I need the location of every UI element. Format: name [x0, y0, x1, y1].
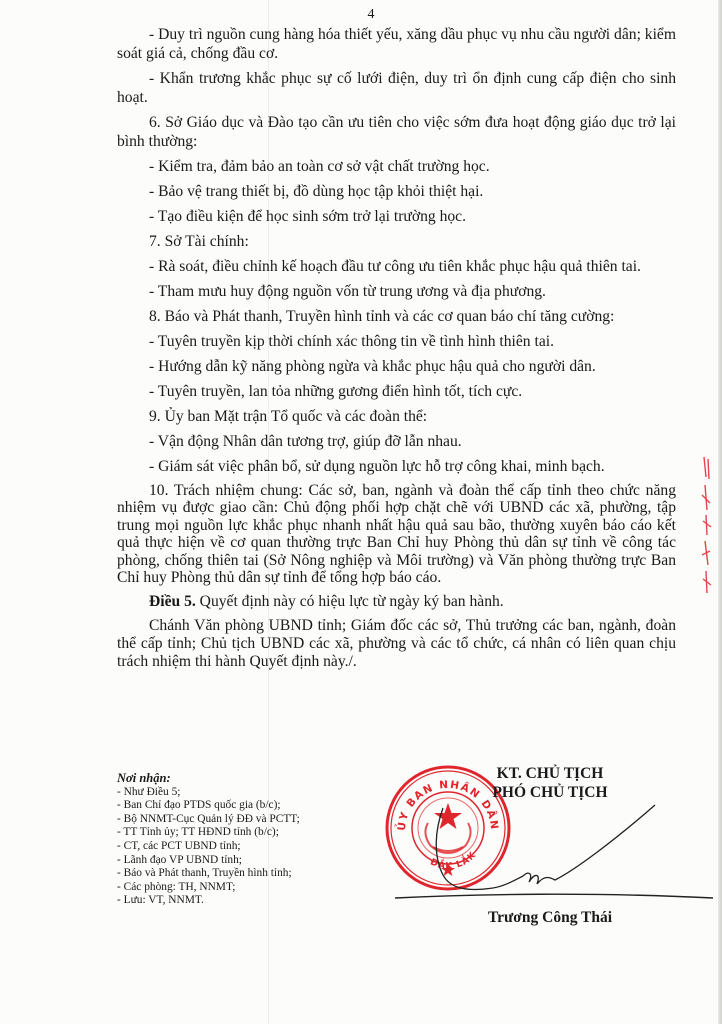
- signature-block: KT. CHỦ TỊCH PHÓ CHỦ TỊCH: [440, 764, 660, 802]
- section-6-heading: 6. Sở Giáo dục và Đào tạo cần ưu tiên ch…: [117, 113, 676, 151]
- section-9-heading: 9. Ủy ban Mặt trận Tổ quốc và các đoàn t…: [149, 407, 676, 426]
- recipient-item: - Như Điều 5;: [117, 786, 397, 800]
- document-page: 4 - Duy trì nguồn cung hàng hóa thiết yế…: [0, 0, 722, 1024]
- paragraph: - Duy trì nguồn cung hàng hóa thiết yếu,…: [117, 25, 676, 63]
- list-item: - Rà soát, điều chỉnh kế hoạch đầu tư cô…: [149, 257, 676, 276]
- list-item: - Giám sát việc phân bổ, sử dụng nguồn l…: [149, 457, 676, 476]
- margin-stamp-mark-icon: [698, 455, 716, 595]
- page-edge: [718, 0, 722, 1024]
- section-10-paragraph: 10. Trách nhiệm chung: Các sở, ban, ngàn…: [117, 482, 676, 586]
- recipients-list: Nơi nhận: - Như Điều 5; - Ban Chỉ đạo PT…: [117, 772, 397, 908]
- recipient-item: - Lưu: VT, NNMT.: [117, 894, 397, 908]
- signer-title-1: KT. CHỦ TỊCH: [440, 764, 660, 783]
- section-7-heading: 7. Sở Tài chính:: [149, 232, 676, 251]
- signer-name: Trương Công Thái: [440, 909, 660, 927]
- list-item: - Tham mưu huy động nguồn vốn từ trung ư…: [149, 282, 676, 301]
- document-body: - Duy trì nguồn cung hàng hóa thiết yếu,…: [117, 25, 676, 677]
- list-item: - Kiểm tra, đảm bảo an toàn cơ sở vật ch…: [149, 157, 676, 176]
- recipient-item: - TT Tỉnh ủy; TT HĐND tỉnh (b/c);: [117, 826, 397, 840]
- recipient-item: - Ban Chỉ đạo PTDS quốc gia (b/c);: [117, 799, 397, 813]
- list-item: - Tuyên truyền kịp thời chính xác thông …: [149, 332, 676, 351]
- list-item: - Tạo điều kiện để học sinh sớm trở lại …: [149, 207, 676, 226]
- recipient-item: - Báo và Phát thanh, Truyền hình tỉnh;: [117, 867, 397, 881]
- article-5: Điều 5. Quyết định này có hiệu lực từ ng…: [117, 592, 676, 611]
- recipients-title: Nơi nhận:: [117, 772, 397, 786]
- article-5-text: Quyết định này có hiệu lực từ ngày ký ba…: [196, 593, 504, 610]
- list-item: - Vận động Nhân dân tương trợ, giúp đỡ l…: [149, 432, 676, 451]
- list-item: - Bảo vệ trang thiết bị, đồ dùng học tập…: [149, 182, 676, 201]
- recipient-item: - CT, các PCT UBND tỉnh;: [117, 840, 397, 854]
- page-number: 4: [0, 7, 722, 23]
- recipient-item: - Các phòng: TH, NNMT;: [117, 881, 397, 895]
- list-item: - Hướng dẫn kỹ năng phòng ngừa và khắc p…: [149, 357, 676, 376]
- handwritten-signature-icon: [395, 800, 715, 910]
- paragraph: - Khẩn trương khắc phục sự cố lưới điện,…: [117, 69, 676, 107]
- recipient-item: - Bộ NNMT-Cục Quản lý ĐĐ và PCTT;: [117, 813, 397, 827]
- closing-paragraph: Chánh Văn phòng UBND tỉnh; Giám đốc các …: [117, 617, 676, 671]
- article-5-label: Điều 5.: [149, 593, 196, 610]
- section-8-heading: 8. Báo và Phát thanh, Truyền hình tỉnh v…: [149, 307, 676, 326]
- recipient-item: - Lãnh đạo VP UBND tỉnh;: [117, 854, 397, 868]
- list-item: - Tuyên truyền, lan tỏa những gương điển…: [149, 382, 676, 401]
